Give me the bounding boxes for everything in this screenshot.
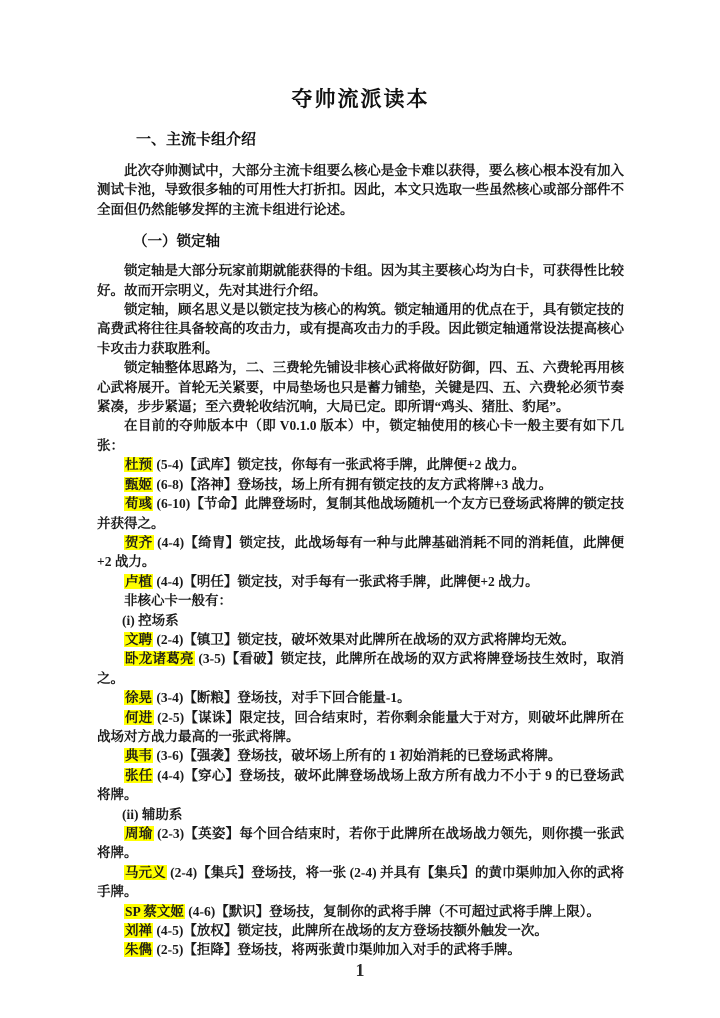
card-text: (3-4)【断粮】登场技，对手下回合能量-1。: [153, 690, 411, 705]
card-name-highlight: 甄姬: [124, 477, 153, 492]
version-paragraph: 在目前的夺帅版本中（即 V0.1.0 版本）中，锁定轴使用的核心卡一般主要有如下…: [97, 416, 624, 455]
group-label-support: (ii) 辅助系: [97, 805, 624, 824]
card-name-highlight: 荀彧: [124, 496, 153, 511]
card-text: (2-5)【拒降】登场技，将两张黄巾渠帅加入对手的武将手牌。: [153, 942, 521, 957]
card-text: (4-4)【明任】锁定技，对手每有一张武将手牌，此牌便+2 战力。: [153, 574, 539, 589]
overview-paragraph-2: 锁定轴，顾名思义是以锁定技为核心的构筑。锁定轴通用的优点在于，具有锁定技的高费武…: [97, 300, 624, 358]
card-entry: 荀彧 (6-10)【节命】此牌登场时，复制其他战场随机一个友方已登场武将牌的锁定…: [97, 494, 624, 533]
page-number: 1: [0, 960, 720, 981]
card-entry: 刘禅 (4-5)【放权】锁定技，此牌所在战场的友方登场技额外触发一次。: [97, 921, 624, 940]
strategy-paragraph: 锁定轴整体思路为，二、三费轮先铺设非核心武将做好防御，四、五、六费轮再用核心武将…: [97, 358, 624, 416]
card-entry: 卧龙诸葛亮 (3-5)【看破】锁定技，此牌所在战场的双方武将牌登场技生效时，取消…: [97, 649, 624, 688]
card-name-highlight: 杜预: [124, 457, 153, 472]
page-title: 夺帅流派读本: [97, 86, 624, 114]
card-entry: 文聘 (2-4)【镇卫】锁定技，破坏效果对此牌所在战场的双方武将牌均无效。: [97, 630, 624, 649]
document-page: 夺帅流派读本 一、主流卡组介绍 此次夺帅测试中，大部分主流卡组要么核心是金卡难以…: [97, 86, 624, 960]
card-entry: 张任 (4-4)【穿心】登场技，破坏此牌登场战场上敌方所有战力不小于 9 的已登…: [97, 766, 624, 805]
card-text: (5-4)【武库】锁定技，你每有一张武将手牌，此牌便+2 战力。: [153, 457, 525, 472]
card-text: (4-4)【穿心】登场技，破坏此牌登场战场上敌方所有战力不小于 9 的已登场武将…: [97, 768, 624, 802]
subsection-heading: （一）锁定轴: [97, 232, 624, 252]
card-entry: 周瑜 (2-3)【英姿】每个回合结束时，若你于此牌所在战场战力领先，则你摸一张武…: [97, 824, 624, 863]
card-text: (2-4)【集兵】登场技，将一张 (2-4) 并具有【集兵】的黄巾渠帅加入你的武…: [97, 865, 624, 899]
card-text: (4-4)【绮胄】锁定技，此战场每有一种与此牌基础消耗不同的消耗值，此牌便+2 …: [97, 535, 624, 569]
card-name-highlight: 刘禅: [124, 923, 153, 938]
card-entry: 甄姬 (6-8)【洛神】登场技，场上所有拥有锁定技的友方武将牌+3 战力。: [97, 475, 624, 494]
card-text: (2-4)【镇卫】锁定技，破坏效果对此牌所在战场的双方武将牌均无效。: [153, 632, 575, 647]
card-name-highlight: 文聘: [124, 632, 153, 647]
card-name-highlight: 卢植: [124, 574, 153, 589]
card-name-highlight: 马元义: [124, 865, 167, 880]
card-text: (6-10)【节命】此牌登场时，复制其他战场随机一个友方已登场武将牌的锁定技并获…: [97, 496, 624, 530]
card-entry: 贺齐 (4-4)【绮胄】锁定技，此战场每有一种与此牌基础消耗不同的消耗值，此牌便…: [97, 533, 624, 572]
card-name-highlight: 徐晃: [124, 690, 153, 705]
card-entry: 朱儁 (2-5)【拒降】登场技，将两张黄巾渠帅加入对手的武将手牌。: [97, 940, 624, 959]
card-entry: 马元义 (2-4)【集兵】登场技，将一张 (2-4) 并具有【集兵】的黄巾渠帅加…: [97, 863, 624, 902]
card-text: (4-6)【默识】登场技，复制你的武将手牌（不可超过武将手牌上限）。: [185, 904, 600, 919]
card-entry: 杜预 (5-4)【武库】锁定技，你每有一张武将手牌，此牌便+2 战力。: [97, 455, 624, 474]
card-text: (2-3)【英姿】每个回合结束时，若你于此牌所在战场战力领先，则你摸一张武将牌。: [97, 826, 624, 860]
intro-paragraph: 此次夺帅测试中，大部分主流卡组要么核心是金卡难以获得，要么核心根本没有加入测试卡…: [97, 161, 624, 219]
card-entry: 典韦 (3-6)【强袭】登场技，破坏场上所有的 1 初始消耗的已登场武将牌。: [97, 746, 624, 765]
overview-paragraph-1: 锁定轴是大部分玩家前期就能获得的卡组。因为其主要核心均为白卡，可获得性比较好。故…: [97, 261, 624, 300]
card-name-highlight: SP 蔡文姬: [124, 904, 185, 919]
card-entry: 徐晃 (3-4)【断粮】登场技，对手下回合能量-1。: [97, 688, 624, 707]
card-entry: SP 蔡文姬 (4-6)【默识】登场技，复制你的武将手牌（不可超过武将手牌上限）…: [97, 902, 624, 921]
card-text: (4-5)【放权】锁定技，此牌所在战场的友方登场技额外触发一次。: [153, 923, 548, 938]
group-label-control: (i) 控场系: [97, 611, 624, 630]
card-name-highlight: 贺齐: [124, 535, 154, 550]
card-name-highlight: 张任: [124, 768, 153, 783]
card-entry: 何进 (2-5)【谋诛】限定技，回合结束时，若你剩余能量大于对方，则破坏此牌所在…: [97, 708, 624, 747]
section-heading: 一、主流卡组介绍: [97, 130, 624, 150]
card-name-highlight: 典韦: [124, 748, 153, 763]
card-name-highlight: 卧龙诸葛亮: [124, 651, 195, 666]
card-text: (2-5)【谋诛】限定技，回合结束时，若你剩余能量大于对方，则破坏此牌所在战场对…: [97, 710, 624, 744]
card-text: (3-6)【强袭】登场技，破坏场上所有的 1 初始消耗的已登场武将牌。: [153, 748, 561, 763]
card-name-highlight: 何进: [124, 710, 154, 725]
card-name-highlight: 周瑜: [124, 826, 154, 841]
noncore-label: 非核心卡一般有：: [97, 591, 624, 610]
card-entry: 卢植 (4-4)【明任】锁定技，对手每有一张武将手牌，此牌便+2 战力。: [97, 572, 624, 591]
card-text: (6-8)【洛神】登场技，场上所有拥有锁定技的友方武将牌+3 战力。: [153, 477, 552, 492]
card-name-highlight: 朱儁: [124, 942, 153, 957]
